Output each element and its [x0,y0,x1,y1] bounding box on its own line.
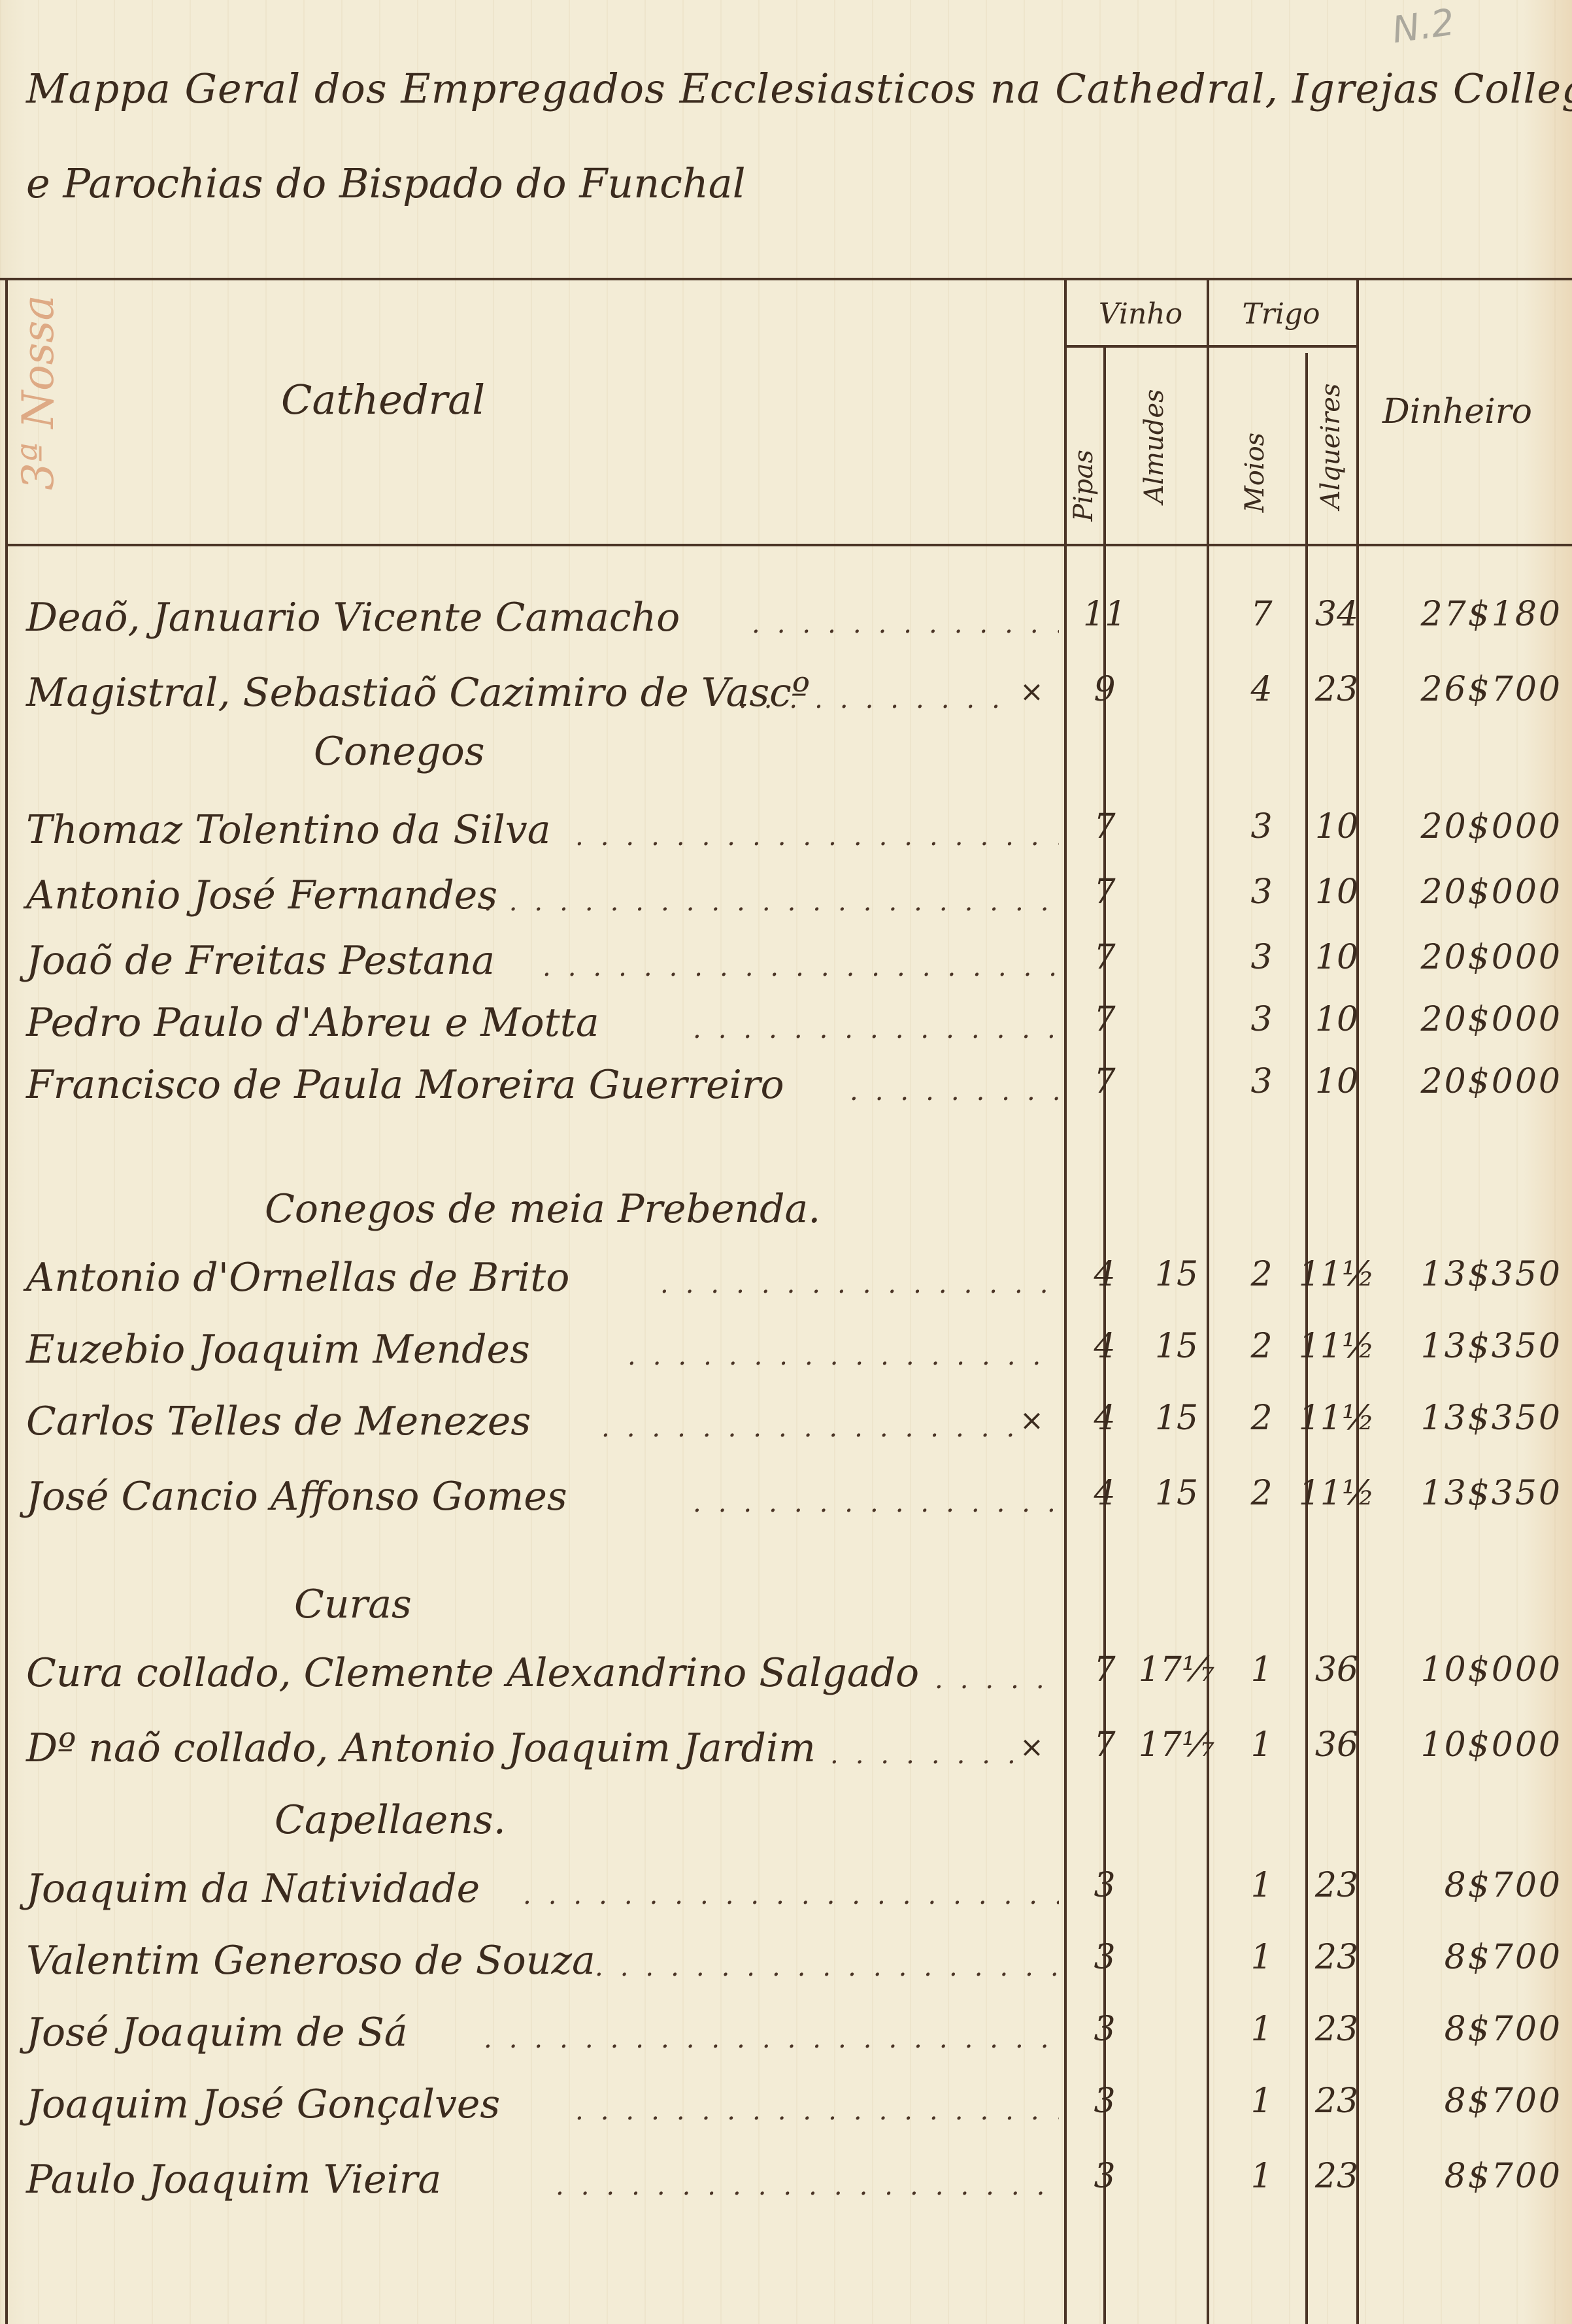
cell-moios: 2 [1229,1399,1294,1438]
table-row: Carlos Telles de Menezes ...............… [0,1399,1572,1470]
cell-alqueires: 10 [1297,872,1376,912]
cell-almudes: 15 [1131,1474,1222,1513]
cell-alqueires: 10 [1297,938,1376,977]
group-label-capellaens: Capellaens. [275,1797,506,1843]
cell-pipas: 11 [1072,595,1137,634]
row-name: Dº naõ collado, Antonio Joaquim Jardim [26,1725,816,1771]
leader-dots: .......................... [523,1880,1059,1910]
row-name: Carlos Telles de Menezes [26,1399,531,1444]
margin-red-annotation: 3ª Nossa [13,295,63,490]
cell-pipas: 9 [1072,670,1137,709]
cell-pipas: 3 [1072,1938,1137,1977]
cell-moios: 3 [1229,807,1294,846]
header-dinheiro: Dinheiro [1382,392,1532,431]
cell-pipas: 7 [1072,807,1137,846]
cell-pipas: 7 [1072,1650,1137,1689]
cell-alqueires: 23 [1297,1866,1376,1905]
cell-almudes: 15 [1131,1327,1222,1366]
row-name: Valentim Generoso de Souza [26,1938,595,1984]
table-row: Magistral, Sebastiaõ Cazimiro de Vascº .… [0,670,1572,742]
row-name: Antonio d'Ornellas de Brito [26,1255,569,1301]
row-name: Francisco de Paula Moreira Guerreiro [26,1062,784,1108]
row-name: Deaõ, Januario Vicente Camacho [26,595,680,640]
cell-moios: 1 [1229,1650,1294,1689]
cell-pipas: 3 [1072,2082,1137,2121]
cell-moios: 1 [1229,2157,1294,2196]
cell-moios: 2 [1229,1255,1294,1294]
cell-moios: 1 [1229,2082,1294,2121]
table-row: Thomaz Tolentino da Silva ..............… [0,807,1572,879]
table-row: Antonio José Fernandes .................… [0,872,1572,944]
leader-dots: ........................ [556,2171,1059,2201]
cell-alqueires: 23 [1297,2010,1376,2049]
cell-dinheiro: 13$350 [1392,1399,1569,1438]
cell-alqueires: 23 [1297,1938,1376,1977]
cell-alqueires: 10 [1297,1000,1376,1039]
cell-dinheiro: 20$000 [1392,938,1569,977]
leader-dots: .............. [752,609,1059,639]
header-trigo: Trigo [1209,297,1353,331]
cell-moios: 3 [1229,1062,1294,1101]
leader-dots: ................... [601,1413,1020,1443]
cell-pipas: 7 [1072,872,1137,912]
cell-pipas: 3 [1072,2157,1137,2196]
row-name: José Cancio Affonso Gomes [26,1474,567,1519]
leader-dots: ............................ [484,887,1059,917]
cell-almudes: 15 [1131,1255,1222,1294]
cell-dinheiro: 20$000 [1392,1000,1569,1039]
row-name: Pedro Paulo d'Abreu e Motta [26,1000,599,1046]
table-row: José Joaquim de Sá .....................… [0,2010,1572,2082]
group-label-meia-prebenda: Conegos de meia Prebenda. [265,1186,820,1232]
row-name: José Joaquim de Sá [26,2010,408,2055]
table-row: Pedro Paulo d'Abreu e Motta ............… [0,1000,1572,1072]
cell-alqueires: 23 [1297,2082,1376,2121]
table-row: Joaõ de Freitas Pestana ................… [0,938,1572,1010]
cell-pipas: 4 [1072,1474,1137,1513]
row-name: Euzebio Joaquim Mendes [26,1327,530,1372]
header-vinho: Vinho [1079,297,1203,331]
leader-dots: ........................ [575,822,1059,852]
row-name: Cura collado, Clemente Alexandrino Salga… [26,1650,919,1696]
header-almudes: Almudes [1139,368,1169,525]
leader-dots: ..... [935,1665,1059,1695]
cell-pipas: 7 [1072,1000,1137,1039]
table-row: Euzebio Joaquim Mendes .................… [0,1327,1572,1399]
cell-dinheiro: 20$000 [1392,1062,1569,1101]
document-title-line-1: Mappa Geral dos Empregados Ecclesiastico… [26,69,1572,109]
table-row: Cura collado, Clemente Alexandrino Salga… [0,1650,1572,1722]
cell-pipas: 3 [1072,2010,1137,2049]
cell-moios: 2 [1229,1474,1294,1513]
cell-moios: 7 [1229,595,1294,634]
table-row: Paulo Joaquim Vieira ...................… [0,2157,1572,2229]
cell-dinheiro: 10$000 [1392,1650,1569,1689]
table-row: Joaquim José Gonçalves .................… [0,2082,1572,2153]
leader-dots: ............................ [484,2024,1059,2054]
header-moios: Moios [1240,394,1270,551]
cell-moios: 3 [1229,1000,1294,1039]
cell-dinheiro: 8$700 [1392,1866,1569,1905]
cell-dinheiro: 20$000 [1392,872,1569,912]
cell-moios: 3 [1229,938,1294,977]
leader-dots: ................... [660,1269,1059,1299]
cell-pipas: 7 [1072,938,1137,977]
document-title-line-2: e Parochias do Bispado do Funchal [26,163,746,204]
row-mark: × [1020,1731,1044,1764]
row-name: Thomaz Tolentino da Silva [26,807,551,853]
cell-pipas: 7 [1072,1062,1137,1101]
cell-alqueires: 36 [1297,1725,1376,1765]
cell-almudes: 15 [1131,1399,1222,1438]
cell-dinheiro: 8$700 [1392,1938,1569,1977]
cell-pipas: 7 [1072,1725,1137,1765]
cell-alqueires: 23 [1297,2157,1376,2196]
row-name: Paulo Joaquim Vieira [26,2157,441,2202]
cell-moios: 1 [1229,1938,1294,1977]
table-row: José Cancio Affonso Gomes ..............… [0,1474,1572,1546]
cell-alqueires: 11½ [1297,1327,1376,1366]
row-name: Joaõ de Freitas Pestana [26,938,495,984]
cell-dinheiro: 27$180 [1392,595,1569,634]
cell-dinheiro: 13$350 [1392,1327,1569,1366]
cell-pipas: 4 [1072,1327,1137,1366]
row-name: Joaquim da Natividade [26,1866,480,1912]
cell-moios: 1 [1229,1725,1294,1765]
leader-dots: .................... [627,1341,1059,1371]
cell-moios: 1 [1229,2010,1294,2049]
leader-dots: ...................... [595,1952,1059,1982]
cell-alqueires: 10 [1297,1062,1376,1101]
row-name: Joaquim José Gonçalves [26,2082,500,2127]
cell-moios: 4 [1229,670,1294,709]
leader-dots: ......................... [543,952,1059,982]
cell-alqueires: 36 [1297,1650,1376,1689]
header-top-rule [0,278,1572,280]
cell-alqueires: 11½ [1297,1255,1376,1294]
table-row: Joaquim da Natividade ..................… [0,1866,1572,1938]
table-row: Antonio d'Ornellas de Brito ............… [0,1255,1572,1327]
header-alqueires: Alqueires [1316,368,1346,525]
header-pipas: Pipas [1069,407,1099,564]
table-row: Valentim Generoso de Souza .............… [0,1938,1572,2010]
cell-almudes: 17⅐ [1131,1725,1222,1765]
cell-alqueires: 11½ [1297,1399,1376,1438]
cell-dinheiro: 20$000 [1392,807,1569,846]
cell-moios: 3 [1229,872,1294,912]
table-row: Dº naõ collado, Antonio Joaquim Jardim .… [0,1725,1572,1797]
cell-dinheiro: 10$000 [1392,1725,1569,1765]
leader-dots: .............. [739,684,1013,714]
group-label-curas: Curas [294,1582,412,1627]
cell-alqueires: 11½ [1297,1474,1376,1513]
header-bottom-rule [7,544,1572,546]
cell-dinheiro: 8$700 [1392,2157,1569,2196]
row-mark: × [1020,1404,1044,1437]
section-title-cathedral: Cathedral [281,376,485,423]
cell-alqueires: 23 [1297,670,1376,709]
cell-dinheiro: 26$700 [1392,670,1569,709]
leader-dots: ........................ [575,2096,1059,2126]
cell-dinheiro: 8$700 [1392,2010,1569,2049]
row-name: Magistral, Sebastiaõ Cazimiro de Vascº [26,670,810,716]
leader-dots: ................. [693,1488,1059,1518]
cell-pipas: 4 [1072,1255,1137,1294]
cell-alqueires: 34 [1297,595,1376,634]
subheader-rule [1065,345,1358,348]
leader-dots: ................. [693,1014,1059,1044]
table-row: Deaõ, Januario Vicente Camacho .........… [0,595,1572,667]
row-name: Antonio José Fernandes [26,872,497,918]
cell-dinheiro: 13$350 [1392,1474,1569,1513]
cell-almudes: 17⅐ [1131,1650,1222,1689]
table-row: Francisco de Paula Moreira Guerreiro ...… [0,1062,1572,1134]
cell-moios: 1 [1229,1866,1294,1905]
cell-moios: 2 [1229,1327,1294,1366]
cell-alqueires: 10 [1297,807,1376,846]
cell-dinheiro: 8$700 [1392,2082,1569,2121]
cell-pipas: 4 [1072,1399,1137,1438]
cell-dinheiro: 13$350 [1392,1255,1569,1294]
leader-dots: ......... [830,1740,1020,1770]
leader-dots: .......... [850,1076,1059,1106]
row-mark: × [1020,675,1044,708]
pencil-page-number: N.2 [1390,1,1457,52]
cell-pipas: 3 [1072,1866,1137,1905]
